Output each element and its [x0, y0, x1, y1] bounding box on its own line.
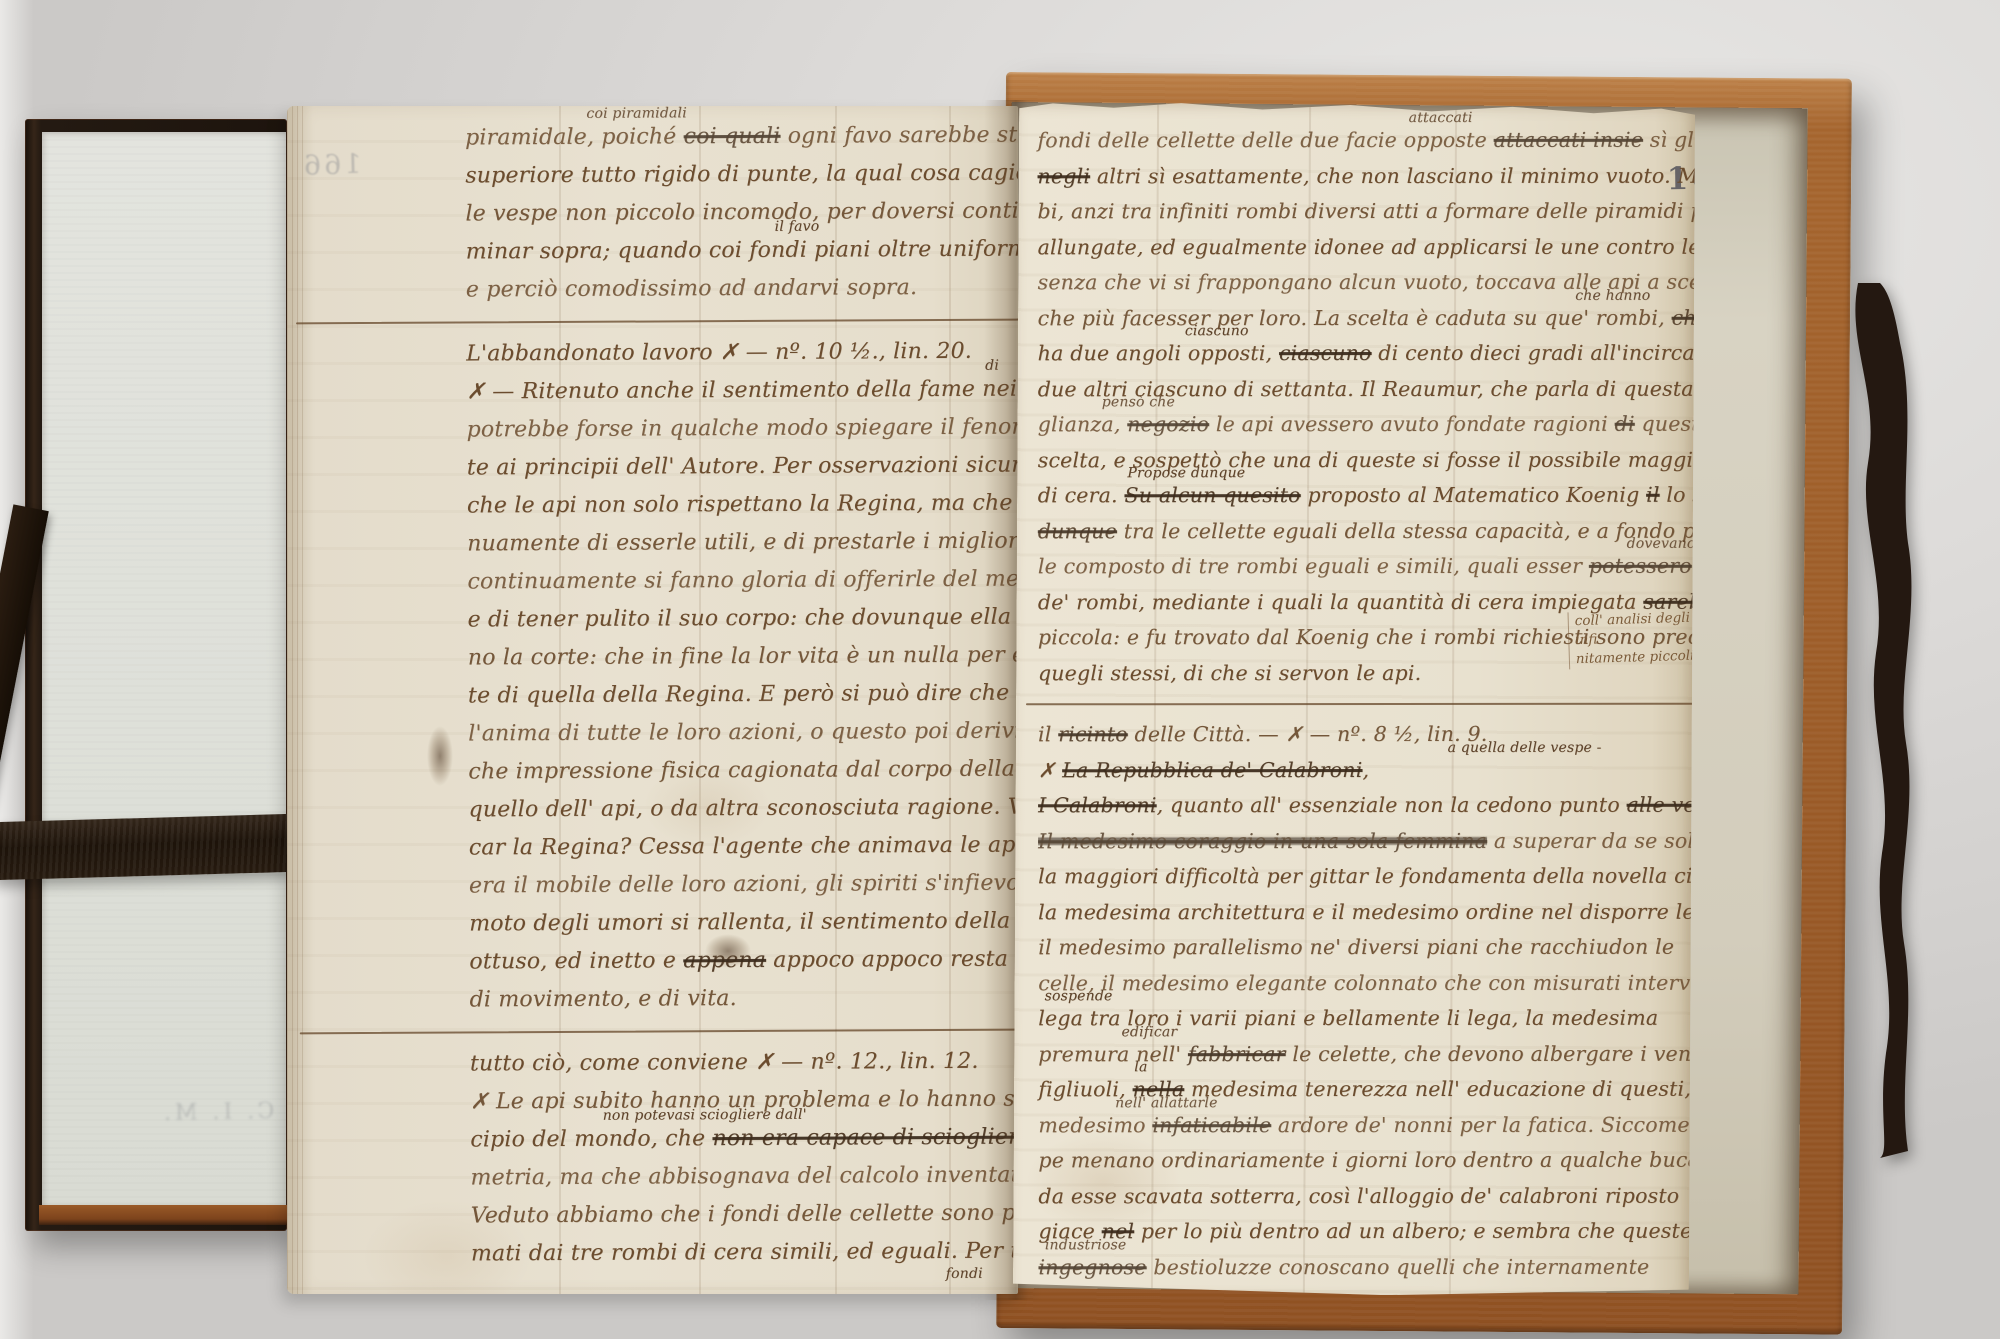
manuscript-line: superiore tutto rigido di punte, la qual…: [465, 155, 1017, 196]
interlinear-addition: industriose: [1045, 1238, 1127, 1252]
ghost-mark: C. I. M.: [160, 1099, 275, 1126]
manuscript-line: dunque tra le cellette eguali della stes…: [1038, 513, 1678, 549]
margin-note-line: nitamente piccoli: [1576, 647, 1695, 670]
interlinear-addition: che hanno: [1575, 288, 1650, 302]
manuscript-line: bi, anzi tra infiniti rombi diversi atti…: [1038, 194, 1678, 230]
manuscript-line: giace nel per lo più dentro ad un albero…: [1038, 1214, 1678, 1250]
manuscript-line: piramidale, poiché coi quali ogni favo s…: [465, 117, 1017, 158]
photograph-scene: C. I. M. 166 piramidale, poiché coi qual…: [0, 0, 2000, 1339]
manuscript-line: di cera. Su alcun quesito proposto al Ma…: [1038, 478, 1678, 514]
manuscript-line: che le api non solo rispettano la Regina…: [467, 485, 1018, 526]
manuscript-line: ✗ La Repubblica de' Calabroni,a quella d…: [1038, 752, 1678, 788]
manuscript-line: metria, ma che abbisognava del calcolo i…: [470, 1157, 1018, 1198]
interlinear-addition: edificar: [1121, 1025, 1177, 1039]
right-page: 167 fondi delle cellette delle due facie…: [1013, 101, 1695, 1297]
manuscript-line: minar sopra; quando coi fondi piani oltr…: [466, 231, 1018, 272]
interlinear-addition: fondi: [946, 1267, 983, 1281]
endpaper: C. I. M.: [42, 132, 286, 1205]
manuscript-line: era il mobile delle loro azioni, gli spi…: [469, 865, 1018, 906]
manuscript-line: l'anima di tutte le loro azioni, o quest…: [468, 713, 1018, 754]
manuscript-line: te di quella della Regina. E però si può…: [468, 675, 1018, 716]
interlinear-addition: ciascuno: [1185, 324, 1249, 338]
ghost-folio-number: 166: [301, 149, 362, 182]
manuscript-line: negli altri sì esattamente, che non lasc…: [1037, 158, 1677, 194]
manuscript-line: medesimo infaticabile ardore de' nonni p…: [1038, 1107, 1678, 1143]
interlinear-addition: di: [985, 359, 999, 373]
interlinear-addition: a quella delle vespe -: [1448, 740, 1602, 754]
margin-note-line: coll' analisi degli infi: [1574, 609, 1695, 651]
left-page: 166 piramidale, poiché coi quali ogni fa…: [287, 106, 1018, 1294]
interlinear-addition: coi piramidali: [586, 106, 687, 121]
manuscript-line: ha due angoli opposti, ciascuno di cento…: [1038, 336, 1678, 372]
manuscript-line: ottuso, ed inetto e appena appoco appoco…: [469, 941, 1018, 982]
manuscript-line: celle, il medesimo elegante colonnato ch…: [1038, 965, 1678, 1001]
interlinear-addition: Propose dunque: [1127, 466, 1245, 480]
manuscript-line: Veduto abbiamo che i fondi delle cellett…: [471, 1195, 1018, 1236]
tie-ribbon-left: [0, 814, 294, 880]
cover-bottom-edge: [39, 1205, 287, 1225]
section-rule: [466, 307, 1018, 336]
manuscript-line: che più facesser per loro. La scelta è c…: [1038, 300, 1678, 336]
manuscript-line: potrebbe forse in qualche modo spiegare …: [467, 409, 1018, 450]
manuscript-line: no la corte: che in fine la lor vita è u…: [468, 637, 1018, 678]
manuscript-line: continuamente si fanno gloria di offerir…: [467, 561, 1018, 602]
manuscript-line: moto degli umori si rallenta, il sentime…: [469, 903, 1018, 944]
tie-ribbon-right: [1828, 283, 1924, 1161]
ink-blot: [427, 726, 453, 786]
interlinear-addition: la: [1134, 1060, 1147, 1074]
manuscript-line: Il medesimo coraggio in una sola femmina…: [1038, 823, 1678, 859]
manuscript-line: pe menano ordinariamente i giorni loro d…: [1038, 1143, 1678, 1179]
manuscript-line: I Calabroni, quanto all' essenziale non …: [1038, 788, 1678, 824]
manuscript-line: la medesima architettura e il medesimo o…: [1038, 894, 1678, 930]
manuscript-line: car la Regina? Cessa l'agente che animav…: [469, 827, 1018, 868]
manuscript-line: glianza, negozio le api avessero avuto f…: [1038, 407, 1678, 443]
manuscript-line: cipio del mondo, che non era capace di s…: [470, 1119, 1018, 1160]
manuscript-line: la maggiori difficoltà per gittar le fon…: [1038, 859, 1678, 895]
interlinear-addition: attaccati: [1409, 111, 1473, 125]
interlinear-addition: pensò che: [1102, 395, 1175, 409]
manuscript-line: te ai principii dell' Autore. Per osserv…: [467, 447, 1018, 488]
manuscript-line: L'abbandonato lavoro ✗ — nº. 10 ½., lin.…: [466, 333, 1018, 374]
manuscript-line: ingegnose bestioluzze conoscano quelli c…: [1038, 1249, 1678, 1285]
manuscript-line: fondi delle cellette delle due facie opp…: [1037, 123, 1677, 159]
margin-note: coll' analisi degli infi nitamente picco…: [1568, 609, 1696, 670]
manuscript-line: e di tener pulito il suo corpo: che dovu…: [468, 599, 1018, 640]
manuscript-line: le composto di tre rombi eguali e simili…: [1038, 549, 1678, 585]
interlinear-addition: il favo: [775, 220, 820, 234]
manuscript-line: che impressione fisica cagionata dal cor…: [468, 751, 1018, 792]
manuscript-line: quello dell' api, o da altra sconosciuta…: [469, 789, 1018, 830]
manuscript-line: tutto ciò, come conviene ✗ — nº. 12., li…: [470, 1043, 1018, 1084]
interlinear-addition: nell' allattarle: [1115, 1096, 1217, 1110]
interlinear-addition: non potevasi sciogliere dall': [603, 1108, 807, 1123]
section-rule: [1038, 691, 1678, 718]
manuscript-line: le vespe non piccolo incomodo, per dover…: [465, 193, 1017, 234]
manuscript-line: e perciò comodissimo ad andarvi sopra.: [466, 269, 1018, 310]
section-rule: [470, 1017, 1018, 1046]
manuscript-text-right: fondi delle cellette delle due facie opp…: [1037, 123, 1678, 1286]
manuscript-line: di movimento, e di vita.: [469, 979, 1018, 1020]
interlinear-addition: sospende: [1045, 989, 1113, 1003]
manuscript-line: ✗ — Ritenuto anche il sentimento della f…: [466, 371, 1018, 412]
interlinear-addition: dovevano: [1627, 537, 1695, 551]
manuscript-line: allungate, ed egualmente idonee ad appli…: [1038, 229, 1678, 265]
manuscript-line: nuamente di esserle utili, e di prestarl…: [467, 523, 1018, 564]
book-cover-board: C. I. M.: [25, 119, 287, 1231]
manuscript-line: da esse scavata sotterra, così l'alloggi…: [1038, 1178, 1678, 1214]
manuscript-line: mati dai tre rombi di cera simili, ed eg…: [471, 1233, 1018, 1274]
manuscript-line: il medesimo parallelismo ne' diversi pia…: [1038, 930, 1678, 966]
manuscript-text-left: piramidale, poiché coi quali ogni favo s…: [465, 117, 1018, 1274]
